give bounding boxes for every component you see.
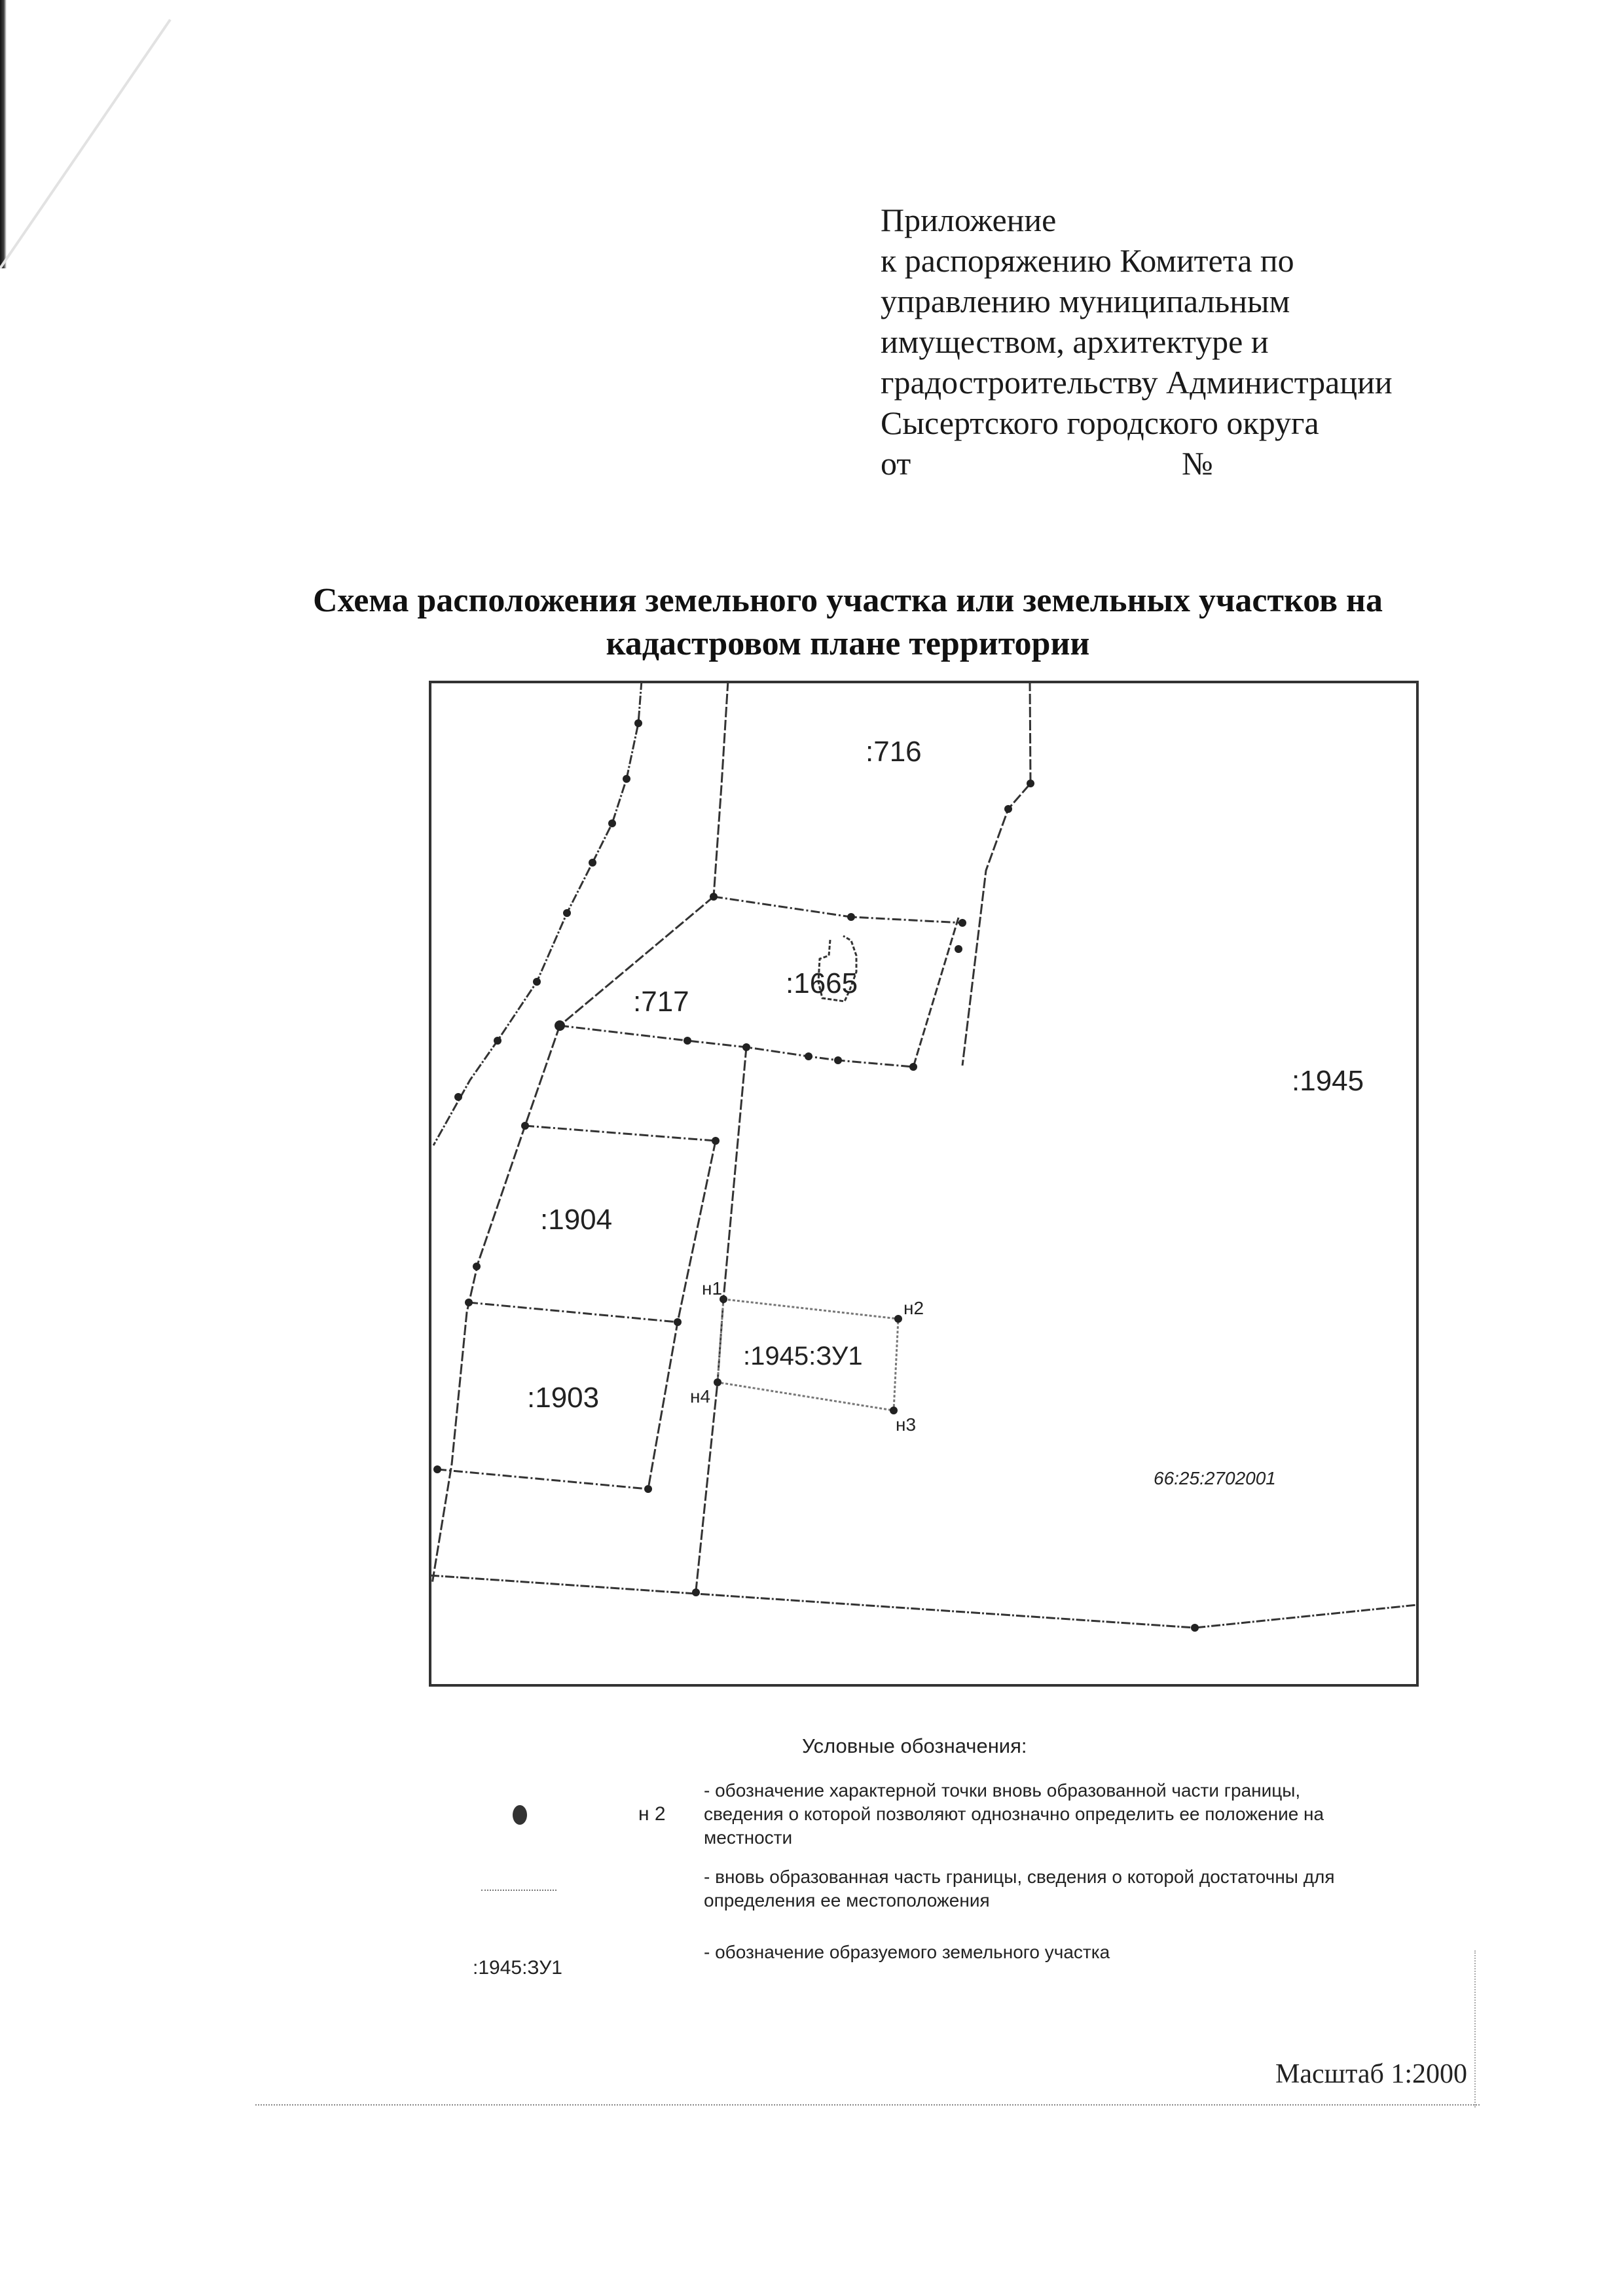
parcel-label-1665: :1665 <box>786 967 858 999</box>
southern-boundary <box>430 1575 1417 1628</box>
parcel-label-1904: :1904 <box>540 1204 612 1236</box>
parcels-west-line <box>432 1026 560 1584</box>
title-line-1: Схема расположения земельного участка ил… <box>249 579 1447 622</box>
number-label: № <box>1182 443 1213 484</box>
legend-text: местности <box>704 1826 1324 1850</box>
road-boundary-line <box>433 681 642 1145</box>
parcel-label-717: :717 <box>633 986 689 1018</box>
appendix-line: градостроительству Администрации <box>881 362 1393 403</box>
date-label: от <box>881 443 1182 484</box>
appendix-line: имуществом, архитектуре и <box>881 321 1393 362</box>
point-label-n4: н4 <box>690 1386 710 1407</box>
appendix-line: к распоряжению Комитета по <box>881 240 1393 281</box>
point-label-n1: н1 <box>702 1278 722 1299</box>
legend-point-label: н 2 <box>638 1803 666 1825</box>
cadastral-map-canvas: :716 :717 :1665 :1945 :1904 :1903 :1945:… <box>429 681 1424 1692</box>
legend-text: - вновь образованная часть границы, свед… <box>704 1865 1335 1889</box>
legend-text: сведения о которой позволяют однозначно … <box>704 1803 1324 1826</box>
parcel-label-1903: :1903 <box>527 1382 599 1414</box>
map-scale: Масштаб 1:2000 <box>1275 2058 1467 2090</box>
cadastral-map: :716 :717 :1665 :1945 :1904 :1903 :1945:… <box>429 681 1424 1692</box>
legend-item-boundary: - вновь образованная часть границы, свед… <box>704 1865 1335 1912</box>
point-label-n3: н3 <box>896 1414 916 1435</box>
parcel-label-1945-zu1: :1945:ЗУ1 <box>743 1342 863 1371</box>
legend-text: - обозначение характерной точки вновь об… <box>704 1779 1324 1803</box>
title-line-2: кадастровом плане территории <box>249 622 1447 666</box>
appendix-line: Приложение <box>881 200 1393 240</box>
parcel-716-west <box>714 681 728 897</box>
legend-heading: Условные обозначения: <box>802 1734 1027 1758</box>
parcel-1904-south <box>469 1302 678 1322</box>
scan-fold-mark <box>0 0 262 275</box>
legend-text: - обозначение образуемого земельного уча… <box>704 1941 1110 1964</box>
parcel-1665-east <box>913 918 958 1067</box>
appendix-header: Приложение к распоряжению Комитета по уп… <box>881 200 1393 484</box>
legend-parcel-code: :1945:ЗУ1 <box>473 1957 562 1979</box>
parcel-717-south <box>560 1026 913 1067</box>
page-title: Схема расположения земельного участка ил… <box>249 579 1447 666</box>
legend-item-point: - обозначение характерной точки вновь об… <box>704 1779 1324 1850</box>
point-label-n2: н2 <box>903 1298 924 1318</box>
parcel-716-east <box>962 681 1030 1066</box>
boundary-points <box>433 719 1199 1632</box>
legend-text: определения ее местоположения <box>704 1889 1335 1912</box>
appendix-line: управлению муниципальным <box>881 281 1393 321</box>
page-rule <box>1474 1950 1476 2108</box>
parcel-1903-south <box>437 1469 648 1489</box>
cadastral-quarter-number: 66:25:2702001 <box>1154 1468 1276 1488</box>
date-number-row: от № <box>881 443 1393 484</box>
parcel-716-south <box>714 897 962 923</box>
parcel-label-716: :716 <box>866 736 922 768</box>
parcel-1904-north <box>525 1126 716 1141</box>
legend-item-parcel: - обозначение образуемого земельного уча… <box>704 1941 1110 1964</box>
point-icon <box>513 1805 527 1825</box>
parcel-label-1945: :1945 <box>1292 1065 1364 1097</box>
dotted-line-icon <box>481 1890 556 1891</box>
map-frame <box>430 682 1417 1685</box>
parcels-east-line <box>648 1141 716 1489</box>
page-rule <box>255 2104 1480 2106</box>
appendix-line: Сысертского городского округа <box>881 403 1393 443</box>
